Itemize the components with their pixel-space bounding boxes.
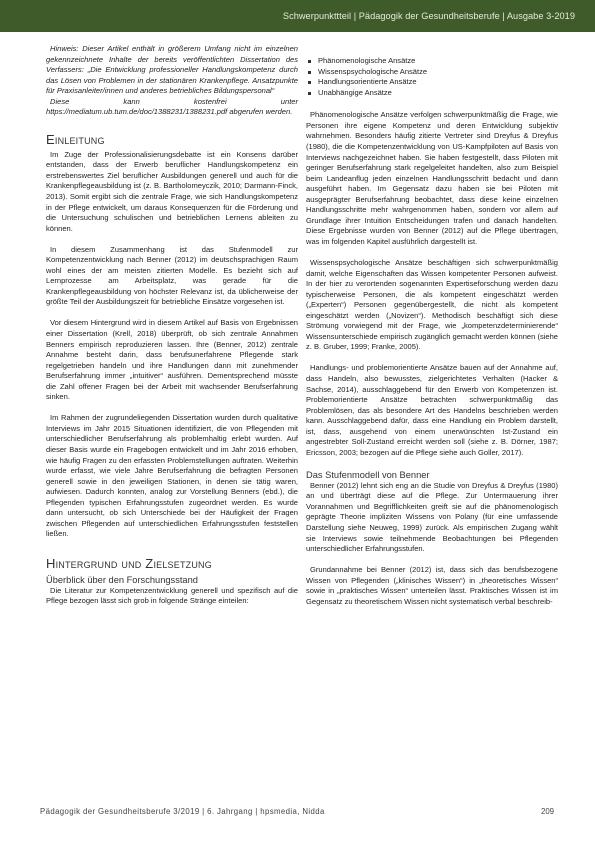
paragraph: Benner (2012) lehnt sich eng an die Stud… <box>306 481 558 555</box>
dissertation-note: Hinweis: Dieser Artikel enthält in größe… <box>46 44 298 97</box>
list-item: Unabhängige Ansätze <box>306 88 558 99</box>
heading-hintergrund: Hintergrund und Zielsetzung <box>46 556 298 571</box>
right-column: Phänomenologische Ansätze Wissenspsychol… <box>306 44 558 618</box>
left-column: Hinweis: Dieser Artikel enthält in größe… <box>46 44 298 618</box>
paragraph: Im Zuge der Professionalisierungsdebatte… <box>46 150 298 234</box>
dissertation-link-note: Diese kann kostenfrei unter https://medi… <box>46 97 298 118</box>
subheading-stufenmodell: Das Stufenmodell von Benner <box>306 469 558 481</box>
approach-list: Phänomenologische Ansätze Wissenspsychol… <box>306 56 558 98</box>
paragraph: Vor diesem Hintergrund wird in diesem Ar… <box>46 318 298 402</box>
paragraph: Wissenspsychologische Ansätze beschäftig… <box>306 258 558 353</box>
heading-einleitung: Einleitung <box>46 132 298 147</box>
subheading-forschungsstand: Überblick über den Forschungsstand <box>46 574 298 586</box>
list-item: Wissenspsychologische Ansätze <box>306 67 558 78</box>
paragraph: In diesem Zusammenhang ist das Stufenmod… <box>46 245 298 308</box>
running-header: Schwerpunkttteil | Pädagogik der Gesundh… <box>283 11 575 21</box>
footer-journal-info: Pädagogik der Gesundheitsberufe 3/2019 |… <box>40 807 325 816</box>
list-item: Handlungsorientierte Ansätze <box>306 77 558 88</box>
paragraph: Im Rahmen der zugrundeliegenden Disserta… <box>46 413 298 540</box>
paragraph: Handlungs- und problemorientierte Ansätz… <box>306 363 558 458</box>
paragraph: Phänomenologische Ansätze verfolgen schw… <box>306 110 558 247</box>
paragraph: Die Literatur zur Kompetenzentwicklung g… <box>46 586 298 607</box>
list-item: Phänomenologische Ansätze <box>306 56 558 67</box>
paragraph: Grundannahme bei Benner (2012) ist, dass… <box>306 565 558 607</box>
header-bar: Schwerpunkttteil | Pädagogik der Gesundh… <box>0 0 595 32</box>
page-number: 209 <box>541 807 554 816</box>
